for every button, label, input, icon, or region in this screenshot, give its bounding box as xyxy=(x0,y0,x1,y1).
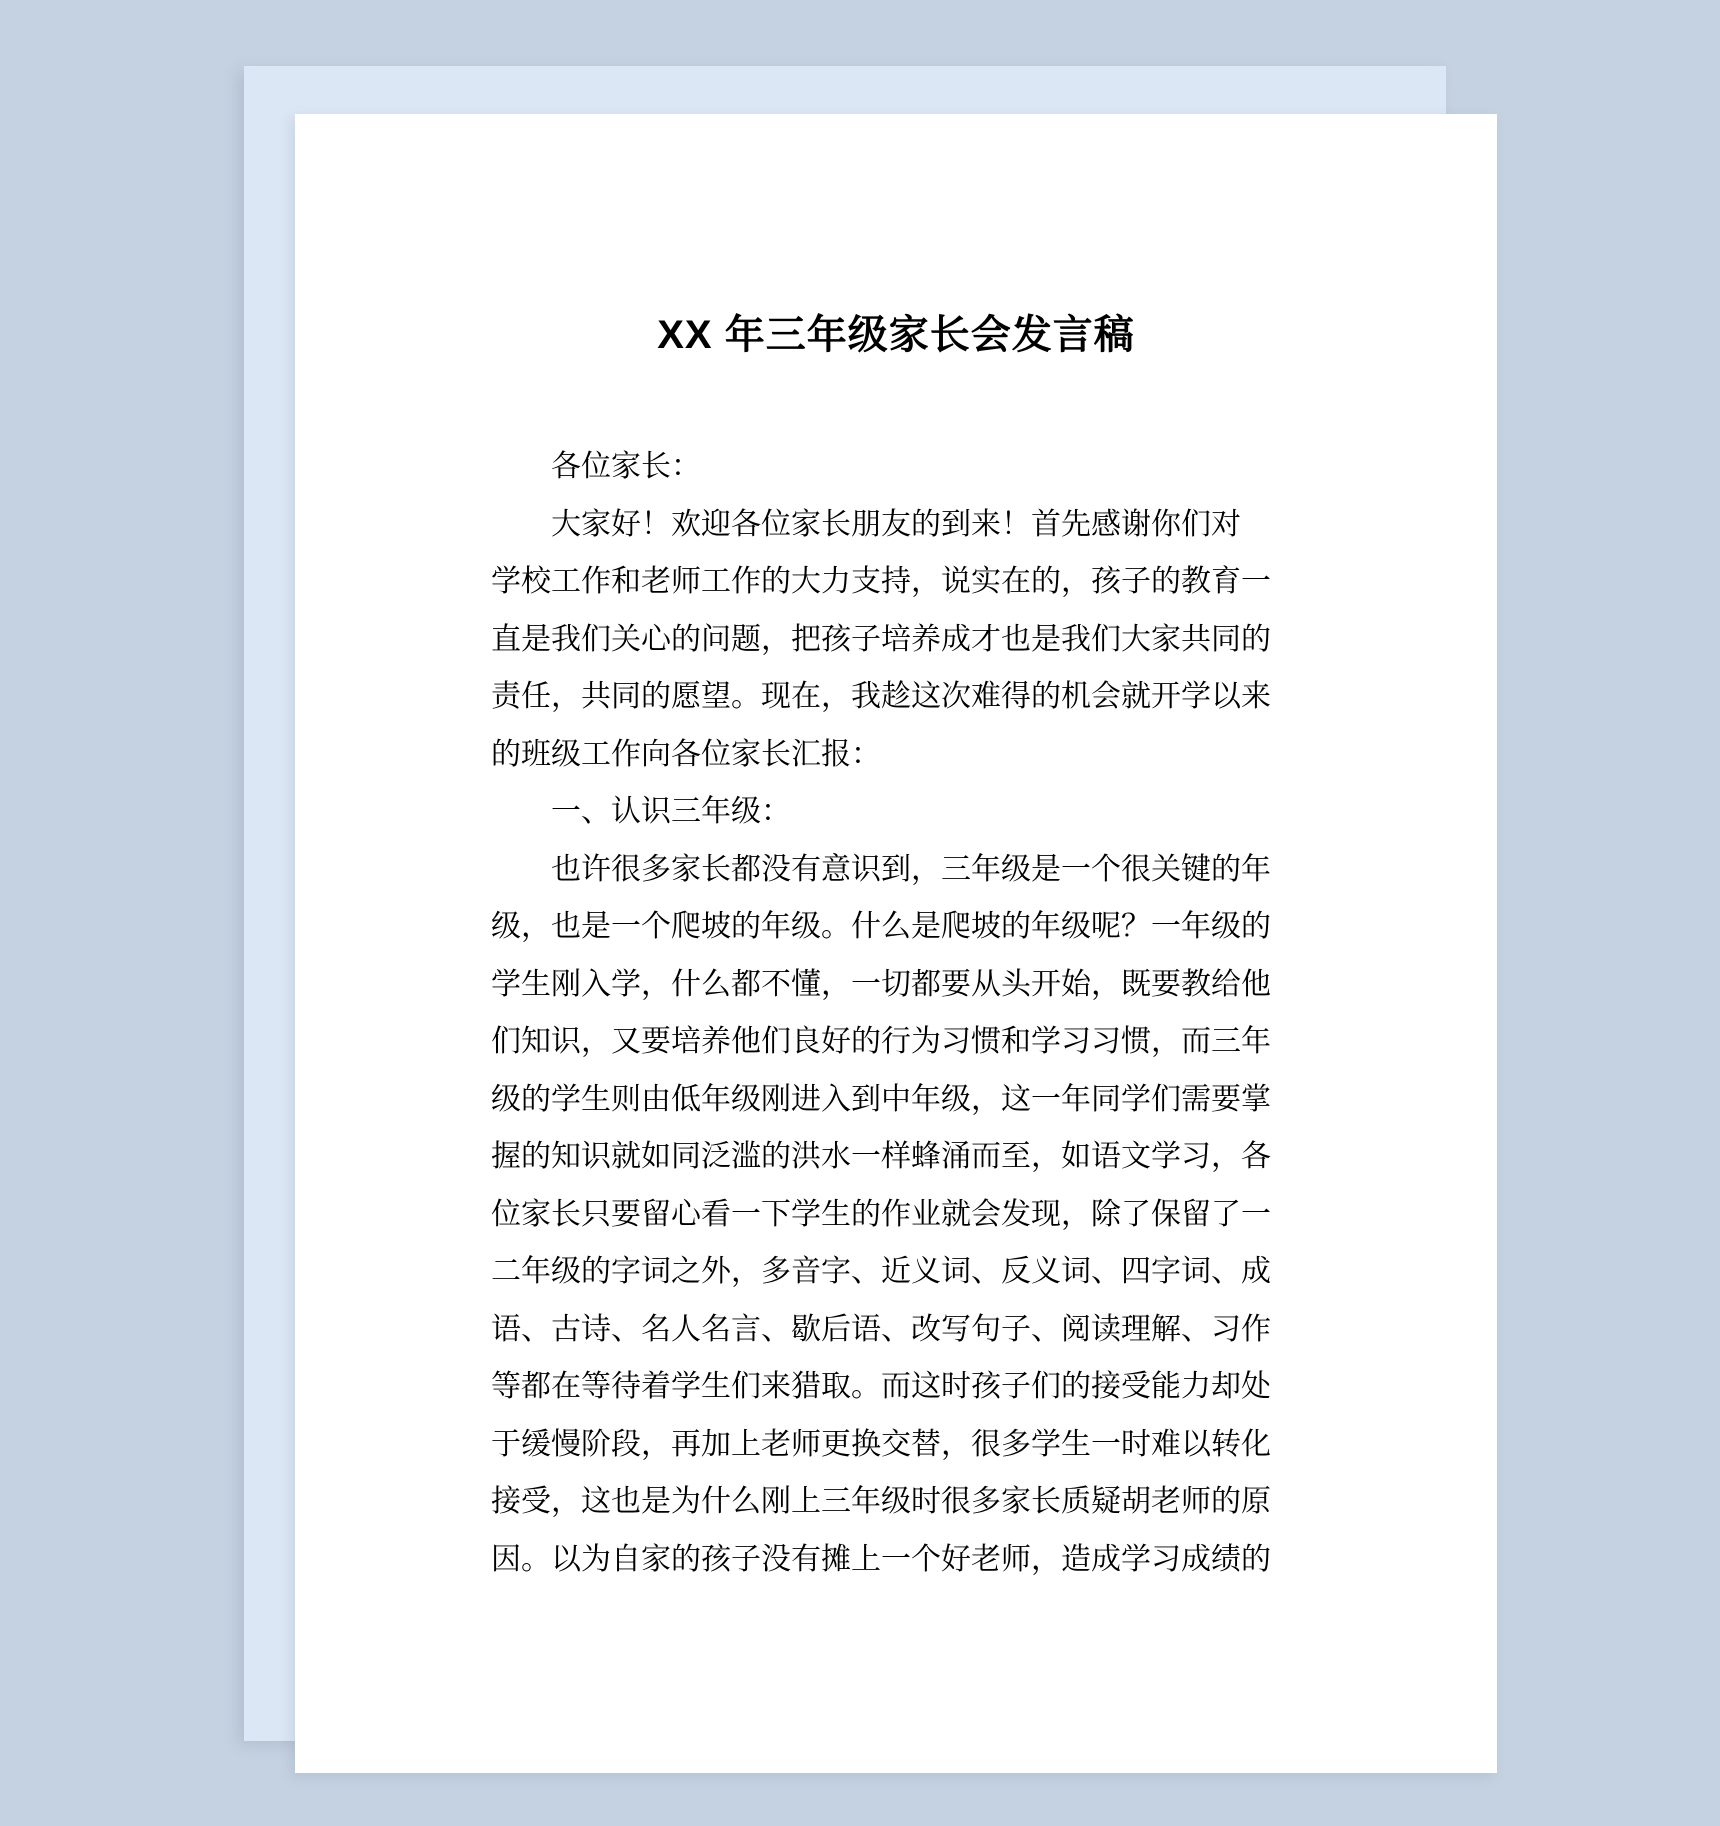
body-line: 责任，共同的愿望。现在，我趁这次难得的机会就开学以来 xyxy=(491,668,1271,726)
body-line: 接受，这也是为什么刚上三年级时很多家长质疑胡老师的原 xyxy=(491,1473,1271,1531)
body-line: 学生刚入学，什么都不懂，一切都要从头开始，既要教给他 xyxy=(491,956,1271,1014)
body-line: 们知识，又要培养他们良好的行为习惯和学习习惯，而三年 xyxy=(491,1013,1271,1071)
body-line: 语、古诗、名人名言、歇后语、改写句子、阅读理解、习作 xyxy=(491,1301,1271,1359)
body-line: 位家长只要留心看一下学生的作业就会发现，除了保留了一 xyxy=(491,1186,1271,1244)
body-line: 直是我们关心的问题，把孩子培养成才也是我们大家共同的 xyxy=(491,611,1271,669)
body-line: 因。以为自家的孩子没有摊上一个好老师，造成学习成绩的 xyxy=(491,1531,1271,1589)
document-title: XX 年三年级家长会发言稿 xyxy=(491,314,1301,356)
body-line: 等都在等待着学生们来猎取。而这时孩子们的接受能力却处 xyxy=(491,1358,1271,1416)
body-line: 于缓慢阶段，再加上老师更换交替，很多学生一时难以转化 xyxy=(491,1416,1271,1474)
body-line: 级的学生则由低年级刚进入到中年级，这一年同学们需要掌 xyxy=(491,1071,1271,1129)
document-body: 各位家长： 大家好！欢迎各位家长朋友的到来！首先感谢你们对 学校工作和老师工作的… xyxy=(491,438,1271,1588)
body-line: 大家好！欢迎各位家长朋友的到来！首先感谢你们对 xyxy=(491,496,1271,554)
body-line: 级，也是一个爬坡的年级。什么是爬坡的年级呢？一年级的 xyxy=(491,898,1271,956)
body-line: 一、认识三年级： xyxy=(491,783,1271,841)
body-line: 的班级工作向各位家长汇报： xyxy=(491,726,1271,784)
body-line: 握的知识就如同泛滥的洪水一样蜂涌而至，如语文学习，各 xyxy=(491,1128,1271,1186)
body-line: 二年级的字词之外，多音字、近义词、反义词、四字词、成 xyxy=(491,1243,1271,1301)
document-page: XX 年三年级家长会发言稿 各位家长： 大家好！欢迎各位家长朋友的到来！首先感谢… xyxy=(295,114,1497,1773)
body-line: 也许很多家长都没有意识到，三年级是一个很关键的年 xyxy=(491,841,1271,899)
body-line: 学校工作和老师工作的大力支持，说实在的，孩子的教育一 xyxy=(491,553,1271,611)
desktop-background: { "document": { "title": "XX 年三年级家长会发言稿"… xyxy=(0,0,1720,1826)
body-line: 各位家长： xyxy=(491,438,1271,496)
